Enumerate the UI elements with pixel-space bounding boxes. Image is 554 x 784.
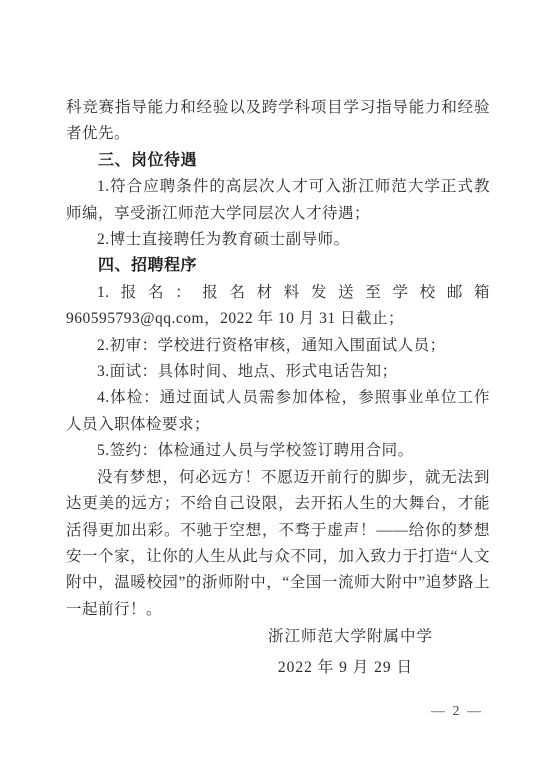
document-page: 科竞赛指导能力和经验以及跨学科项目学习指导能力和经验者优先。三、岗位待遇1.符合… — [0, 0, 554, 784]
paragraph: 1.符合应聘条件的高层次人才可入浙江师范大学正式教师编，享受浙江师范大学同层次人… — [66, 174, 490, 227]
paragraph: 5.签约：体检通过人员与学校签订聘用合同。 — [66, 438, 490, 464]
paragraph: 2.初审：学校进行资格审核，通知入围面试人员； — [66, 333, 490, 359]
paragraph: 2.博士直接聘任为教育硕士副导师。 — [66, 227, 490, 253]
signature-organization: 浙江师范大学附属中学 — [268, 624, 490, 650]
paragraph: 没有梦想，何必远方！不愿迈开前行的脚步，就无法到达更美的远方；不给自己设限，去开… — [66, 465, 490, 623]
paragraph: 科竞赛指导能力和经验以及跨学科项目学习指导能力和经验者优先。 — [66, 95, 490, 148]
signature-block: 浙江师范大学附属中学 2022 年 9 月 29 日 — [268, 624, 490, 681]
section-heading: 四、招聘程序 — [66, 253, 490, 279]
signature-date: 2022 年 9 月 29 日 — [268, 655, 490, 681]
page-number: — 2 — — [431, 704, 483, 720]
paragraph: 4.体检：通过面试人员需参加体检，参照事业单位工作人员入职体检要求； — [66, 385, 490, 438]
section-heading: 三、岗位待遇 — [66, 148, 490, 174]
paragraph: 3.面试：具体时间、地点、形式电话告知； — [66, 359, 490, 385]
paragraph: 1.报名：报名材料发送至学校邮箱 960595793@qq.com，2022 年… — [66, 280, 490, 333]
document-content: 科竞赛指导能力和经验以及跨学科项目学习指导能力和经验者优先。三、岗位待遇1.符合… — [66, 95, 490, 623]
